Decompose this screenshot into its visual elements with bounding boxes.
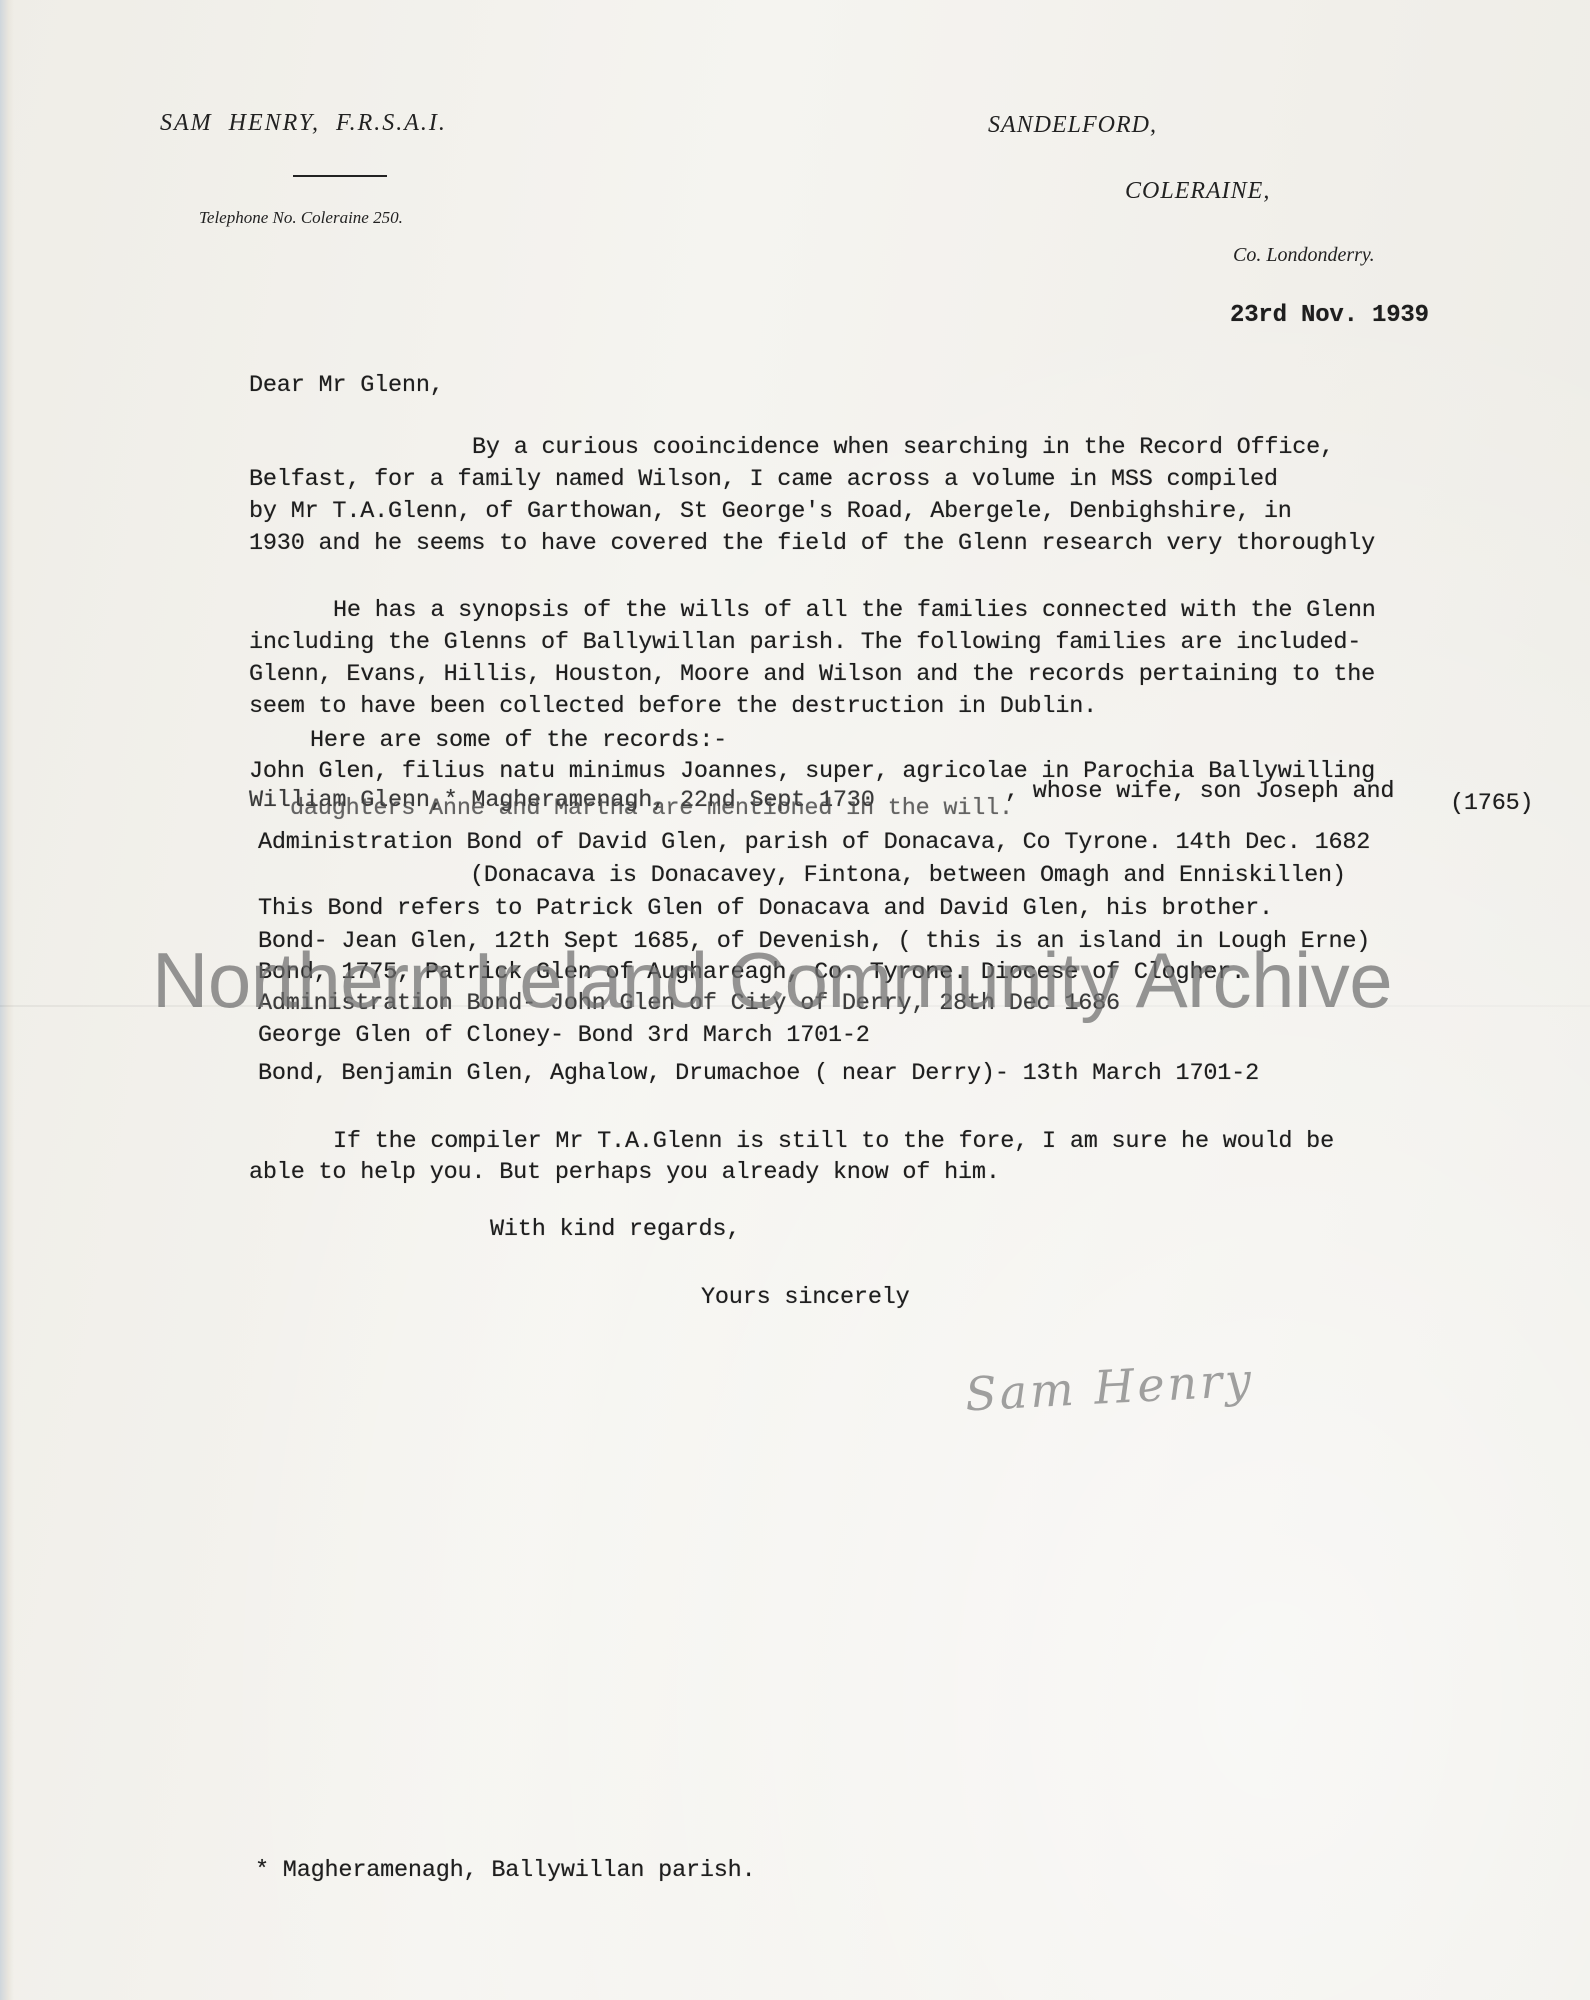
- record-line: Bond, Benjamin Glen, Aghalow, Drumachoe …: [258, 1060, 1259, 1087]
- footnote: * Magheramenagh, Ballywillan parish.: [255, 1857, 755, 1884]
- body-line: able to help you. But perhaps you alread…: [249, 1159, 1000, 1186]
- record-line: Bond- Jean Glen, 12th Sept 1685, of Deve…: [258, 928, 1370, 955]
- record-line: George Glen of Cloney- Bond 3rd March 17…: [258, 1022, 870, 1049]
- letterhead-address-line: Co. Londonderry.: [1233, 244, 1375, 267]
- record-year: (1765): [1450, 790, 1533, 817]
- letterhead-divider: [293, 175, 387, 177]
- body-line: He has a synopsis of the wills of all th…: [333, 597, 1376, 624]
- signature: Sam Henry: [964, 1352, 1256, 1421]
- body-line: 1930 and he seems to have covered the fi…: [249, 530, 1375, 557]
- salutation: Dear Mr Glenn,: [249, 372, 444, 399]
- records-intro: Here are some of the records:-: [310, 727, 727, 754]
- letterhead-telephone: Telephone No. Coleraine 250.: [199, 208, 403, 228]
- letter-date: 23rd Nov. 1939: [1230, 302, 1429, 329]
- record-overtyped-line: daughters Anne and Martha are mentioned …: [290, 795, 1013, 822]
- record-line: , whose wife, son Joseph and: [1005, 778, 1394, 805]
- body-line: Glenn, Evans, Hillis, Houston, Moore and…: [249, 661, 1375, 688]
- record-line: Administration Bond of David Glen, paris…: [258, 829, 1370, 856]
- letterhead-address-line: SANDELFORD,: [988, 112, 1157, 139]
- body-line: including the Glenns of Ballywillan pari…: [249, 629, 1361, 656]
- letterhead-address-line: COLERAINE,: [1125, 178, 1270, 205]
- body-line: If the compiler Mr T.A.Glenn is still to…: [333, 1128, 1334, 1155]
- closing-regards: With kind regards,: [490, 1216, 740, 1243]
- record-line: This Bond refers to Patrick Glen of Dona…: [258, 895, 1273, 922]
- letterhead-sender: SAM HENRY, F.R.S.A.I.: [160, 110, 447, 137]
- record-line: Bond, 1775, Patrick Glen of Aughareagh, …: [258, 959, 1245, 986]
- body-line: by Mr T.A.Glenn, of Garthowan, St George…: [249, 498, 1292, 525]
- record-line: Administration Bond- John Glen of City o…: [258, 990, 1120, 1017]
- record-note: (Donacava is Donacavey, Fintona, between…: [470, 862, 1346, 889]
- letter-page: SAM HENRY, F.R.S.A.I. Telephone No. Cole…: [0, 0, 1590, 2000]
- body-line: By a curious cooincidence when searching…: [472, 434, 1334, 461]
- closing-sincerely: Yours sincerely: [701, 1284, 910, 1311]
- page-edge: [0, 0, 14, 2000]
- body-line: seem to have been collected before the d…: [249, 693, 1097, 720]
- body-line: Belfast, for a family named Wilson, I ca…: [249, 466, 1278, 493]
